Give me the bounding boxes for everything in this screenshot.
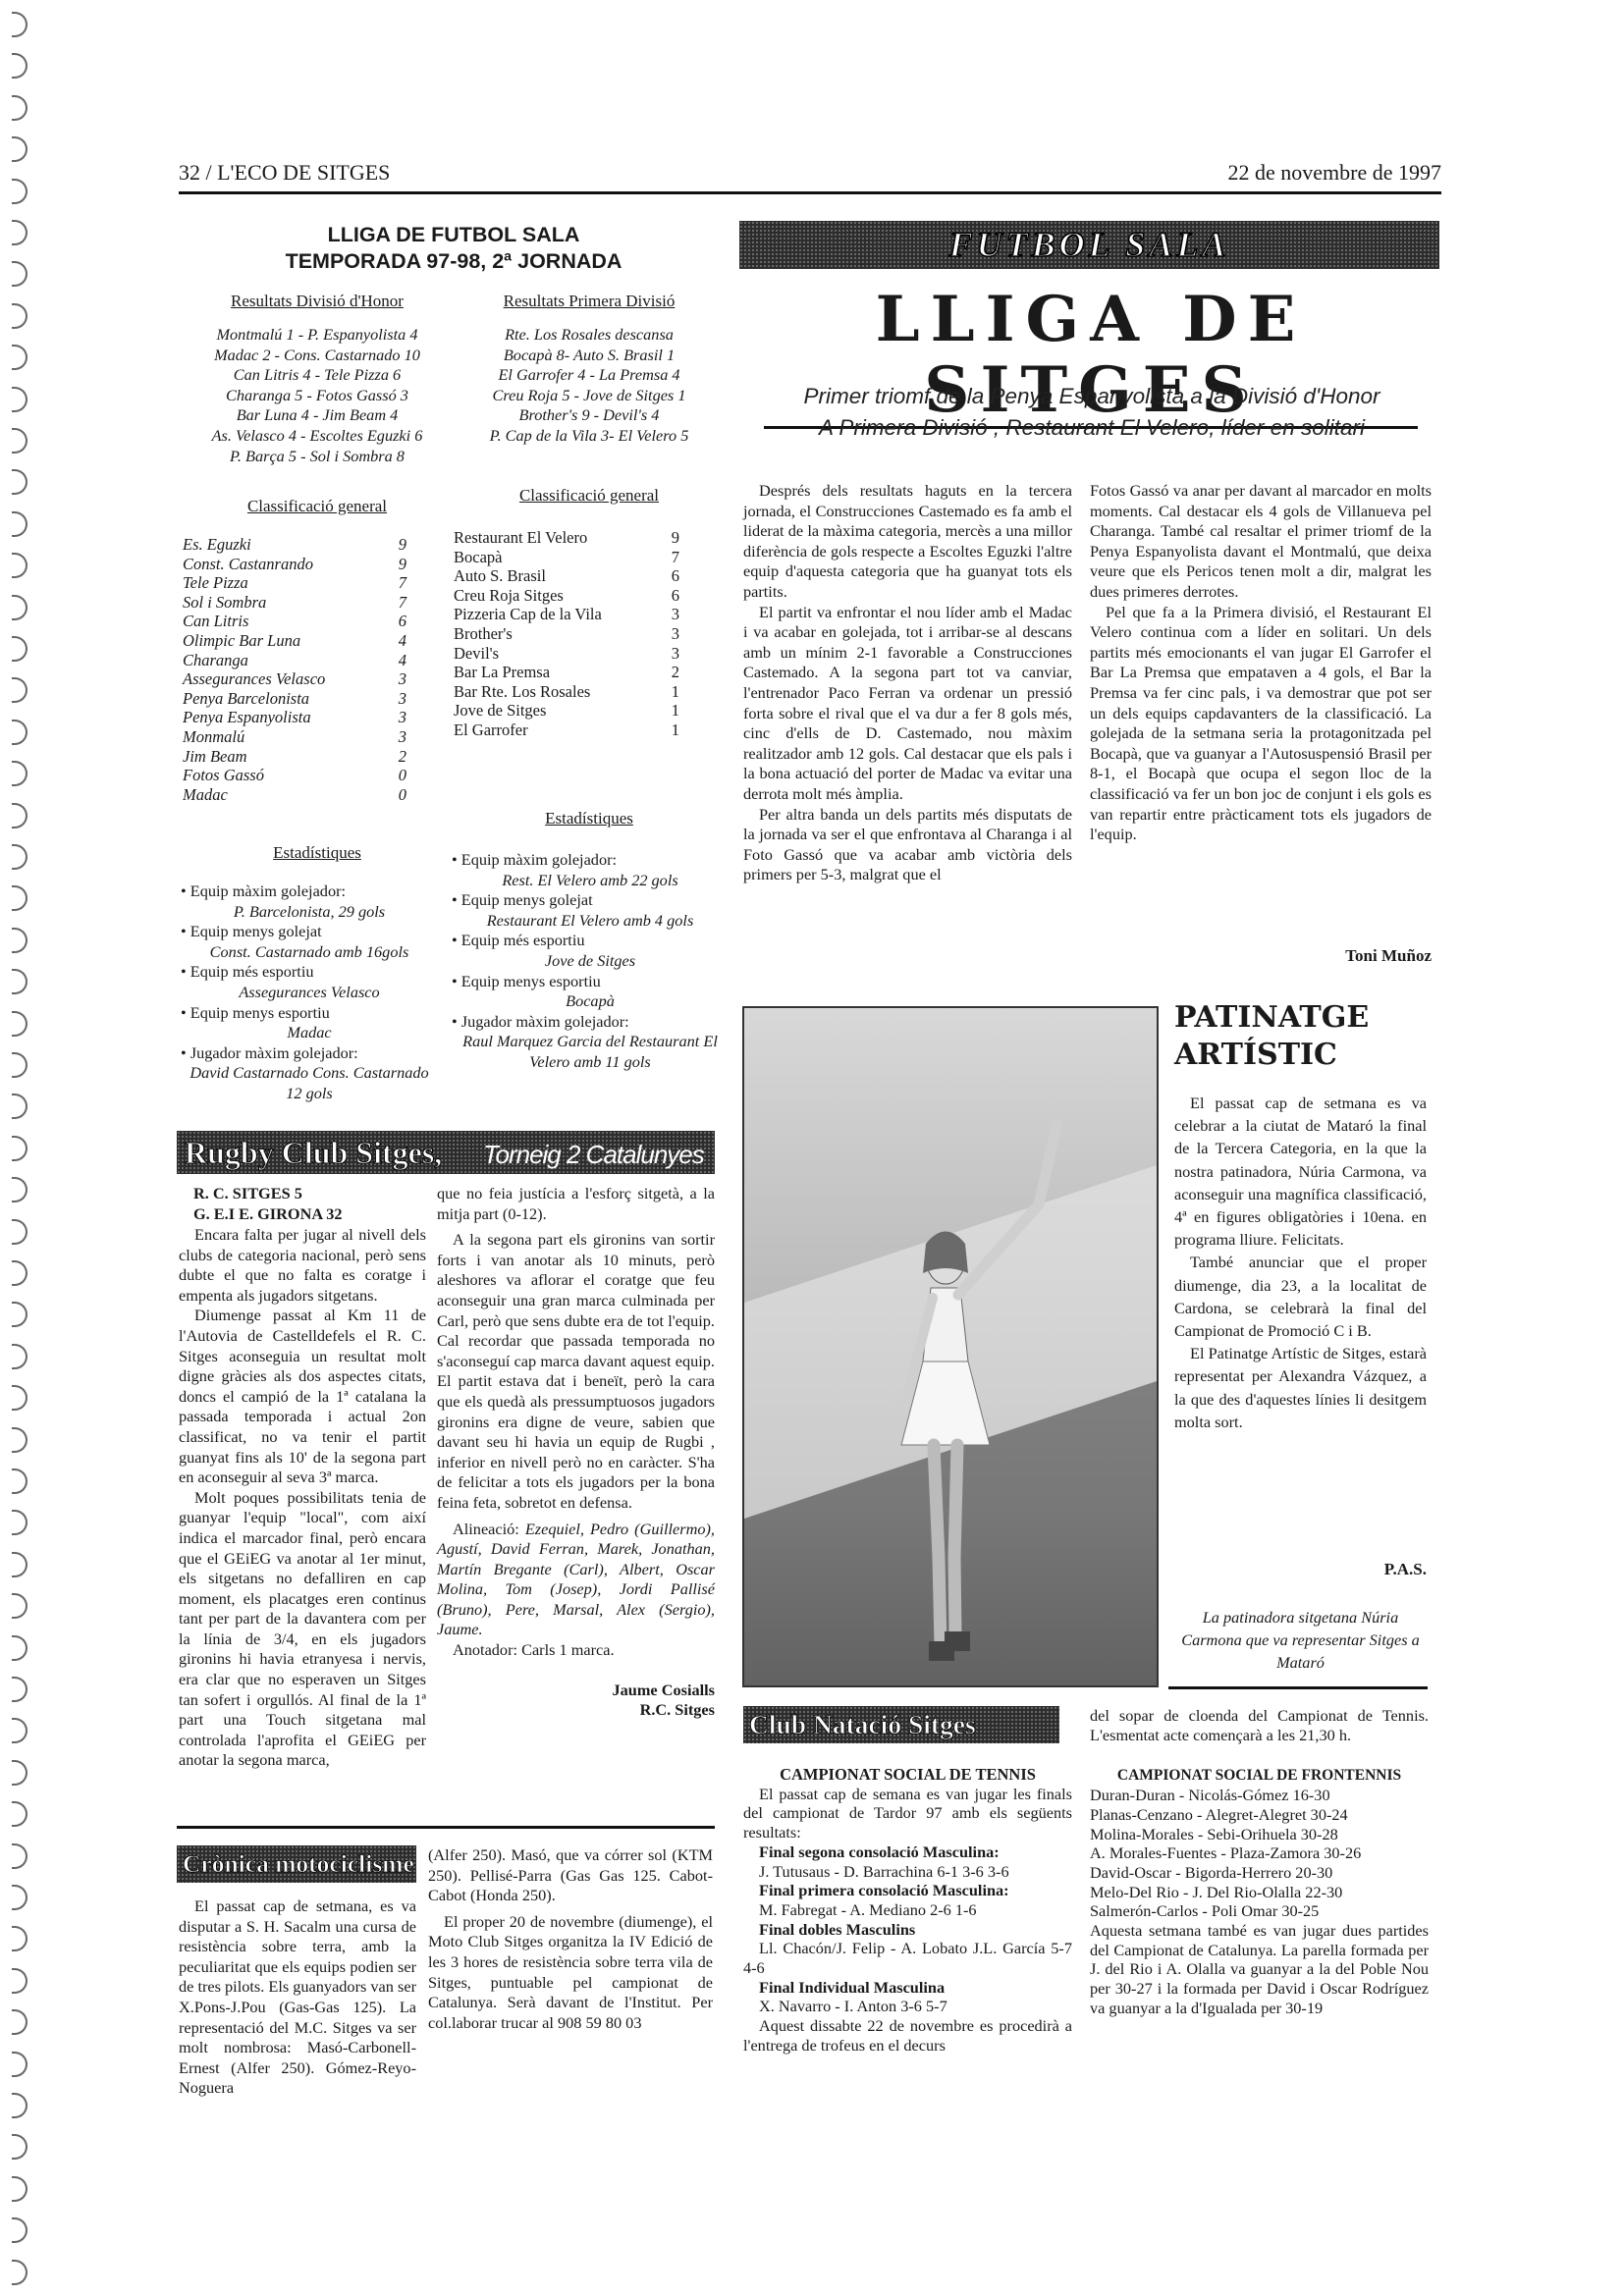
futsal-title-line1: LLIGA DE FUTBOL SALA (179, 222, 729, 248)
binder-hole-icon (12, 303, 27, 329)
paragraph: Encara falta per jugar al nivell dels cl… (179, 1225, 426, 1306)
binder-hole-icon (12, 1885, 27, 1910)
standings-row: Jove de Sitges1 (454, 701, 679, 721)
subhead-line2: A Primera Divisió , Restaurant El Velero… (748, 412, 1435, 444)
team-name: Assegurances Velasco (183, 669, 395, 689)
stat-label: • Jugador màxim golejador: (181, 1043, 438, 1064)
team-name: Devil's (454, 644, 668, 664)
subhead-line1: Primer triomf de la Penya Espanyolista a… (748, 381, 1435, 412)
page-label: 32 / L'ECO DE SITGES (179, 160, 390, 186)
tennis-final-title: Final Individual Masculina (743, 1978, 1072, 1998)
futbol-sala-banner-text: FUTBOL SALA (949, 225, 1230, 264)
tennis-final-title: Final dobles Masculins (743, 1920, 1072, 1940)
tennis-final-result: X. Navarro - I. Anton 3-6 5-7 (743, 1997, 1072, 2016)
skating-author: P.A.S. (1276, 1559, 1427, 1579)
skating-headline: PATINATGE ARTÍSTIC (1174, 999, 1369, 1074)
binder-hole-icon (12, 1094, 27, 1119)
moto-col1: El passat cap de setmana, es va disputar… (179, 1896, 416, 2099)
binder-hole-icon (12, 428, 27, 454)
binder-hole-icon (12, 1219, 27, 1245)
rugby-scorer: Anotador: Carls 1 marca. (437, 1640, 715, 1661)
team-points: 2 (395, 747, 406, 767)
team-points: 0 (395, 785, 406, 805)
primera-standings-heading: Classificació general (447, 485, 731, 506)
futsal-subhead: Primer triomf de la Penya Espanyolista a… (748, 381, 1435, 444)
standings-row: Devil's3 (454, 644, 679, 664)
frontennis-result: Planas-Cenzano - Alegret-Alegret 30-24 (1090, 1805, 1429, 1825)
team-name: Bocapà (454, 548, 668, 567)
team-points: 1 (668, 682, 679, 702)
match-result: El Garrofer 4 - La Premsa 4 (447, 365, 731, 386)
skating-headline-line1: PATINATGE (1174, 999, 1369, 1037)
moto-col2-p2: El proper 20 de novembre (diumenge), el … (428, 1912, 713, 2034)
team-name: Const. Castanrando (183, 555, 395, 574)
team-name: Penya Barcelonista (183, 689, 395, 709)
team-name: Restaurant El Velero (454, 528, 668, 548)
team-name: Jim Beam (183, 747, 395, 767)
paragraph: A la segona part els gironins van sortir… (437, 1230, 715, 1513)
binder-hole-icon (12, 720, 27, 745)
match-result: Bar Luna 4 - Jim Beam 4 (175, 405, 460, 426)
rugby-banner-subtitle: Torneig 2 Catalunyes (483, 1139, 704, 1170)
standings-row: Auto S. Brasil6 (454, 566, 679, 586)
match-result: P. Barça 5 - Sol i Sombra 8 (175, 447, 460, 467)
moto-col2: (Alfer 250). Masó, que va córrer sol (KT… (428, 1845, 713, 2033)
stat-item: • Equip més esportiuJove de Sitges (452, 931, 729, 971)
binder-hole-icon (12, 1052, 27, 1078)
stat-value: Restaurant El Velero amb 4 gols (452, 911, 729, 932)
standings-row: Const. Castanrando9 (183, 555, 406, 574)
moto-banner-title: Crònica motociclisme (183, 1847, 414, 1881)
standings-row: Olimpic Bar Luna4 (183, 631, 406, 651)
swim-club-banner-title: Club Natació Sitges (749, 1707, 976, 1742)
rugby-author-name: Jaume Cosialls (437, 1681, 715, 1701)
team-points: 3 (395, 727, 406, 747)
tennis-closing: Aquest dissabte 22 de novembre es proced… (743, 2016, 1072, 2055)
binder-hole-icon (12, 1468, 27, 1494)
binder-hole-icon (12, 1302, 27, 1327)
binder-hole-icon (12, 220, 27, 245)
section-divider-skating (1168, 1686, 1428, 1689)
standings-row: Fotos Gassó0 (183, 766, 406, 785)
team-name: Penya Espanyolista (183, 708, 395, 727)
tennis-final-title: Final primera consolació Masculina: (743, 1881, 1072, 1900)
binder-hole-icon (12, 511, 27, 537)
stat-item: • Equip menys esportiuBocapà (452, 972, 729, 1012)
team-name: Monmalú (183, 727, 395, 747)
binder-hole-icon (12, 1968, 27, 1994)
team-name: Madac (183, 785, 395, 805)
binder-hole-icon (12, 12, 27, 37)
stat-label: • Jugador màxim golejador: (452, 1012, 729, 1033)
team-points: 1 (668, 701, 679, 721)
stat-label: • Equip menys esportiu (452, 972, 729, 992)
binder-hole-icon (12, 553, 27, 578)
team-name: Can Litris (183, 612, 395, 631)
stat-item: • Equip més esportiuAssegurances Velasco (181, 962, 438, 1002)
photo-caption: La patinadora sitgetana Núria Carmona qu… (1174, 1606, 1427, 1674)
stat-item: • Jugador màxim golejador:Raul Marquez G… (452, 1012, 729, 1073)
team-points: 7 (395, 573, 406, 593)
futsal-article-col2: Fotos Gassó va anar per davant al marcad… (1090, 481, 1432, 845)
tennis-closing-continued: del sopar de cloenda del Campionat de Te… (1090, 1706, 1429, 1744)
skating-article: El passat cap de setmana es va celebrar … (1174, 1092, 1427, 1433)
standings-row: Es. Eguzki9 (183, 535, 406, 555)
stat-item: • Equip màxim golejador:Rest. El Velero … (452, 850, 729, 890)
team-name: El Garrofer (454, 721, 668, 740)
rugby-banner: Rugby Club Sitges, Torneig 2 Catalunyes (177, 1131, 715, 1174)
team-points: 3 (668, 624, 679, 644)
team-points: 7 (668, 548, 679, 567)
paragraph: Molt poques possibilitats tenia de guany… (179, 1488, 426, 1771)
stat-value: Madac (181, 1023, 438, 1043)
team-name: Jove de Sitges (454, 701, 668, 721)
binder-hole-icon (12, 53, 27, 79)
binder-holes (4, 0, 43, 2296)
binder-hole-icon (12, 261, 27, 287)
stat-label: • Equip menys golejat (181, 922, 438, 942)
binder-hole-icon (12, 2217, 27, 2243)
futsal-author: Toni Muñoz (1276, 945, 1432, 966)
swim-col2: del sopar de cloenda del Campionat de Te… (1090, 1706, 1429, 2018)
standings-row: Can Litris6 (183, 612, 406, 631)
team-name: Olimpic Bar Luna (183, 631, 395, 651)
tennis-section: CAMPIONAT SOCIAL DE TENNIS El passat cap… (743, 1765, 1072, 2056)
futbol-sala-banner: FUTBOL SALA (739, 221, 1439, 269)
team-name: Es. Eguzki (183, 535, 395, 555)
section-divider (177, 1826, 715, 1829)
binder-hole-icon (12, 1718, 27, 1743)
rugby-col1: Encara falta per jugar al nivell dels cl… (179, 1225, 426, 1771)
standings-row: Bar Rte. Los Rosales1 (454, 682, 679, 702)
binder-hole-icon (12, 95, 27, 121)
team-name: Brother's (454, 624, 668, 644)
team-points: 0 (395, 766, 406, 785)
binder-hole-icon (12, 1843, 27, 1869)
standings-row: Assegurances Velasco3 (183, 669, 406, 689)
binder-hole-icon (12, 345, 27, 370)
team-points: 3 (395, 708, 406, 727)
binder-hole-icon (12, 1552, 27, 1577)
stat-label: • Equip menys esportiu (181, 1003, 438, 1024)
team-points: 3 (668, 605, 679, 624)
binder-hole-icon (12, 2260, 27, 2285)
standings-row: Charanga4 (183, 651, 406, 670)
team-points: 6 (668, 586, 679, 606)
rugby-author: Jaume Cosialls R.C. Sitges (437, 1681, 715, 1721)
team-name: Creu Roja Sitges (454, 586, 668, 606)
honor-standings-table: Es. Eguzki9Const. Castanrando9Tele Pizza… (183, 535, 406, 804)
frontennis-result: Melo-Del Rio - J. Del Rio-Olalla 22-30 (1090, 1883, 1429, 1902)
stat-label: • Equip més esportiu (452, 931, 729, 951)
stat-value: Raul Marquez Garcia del Restaurant El Ve… (452, 1032, 729, 1072)
match-result: Bocapà 8- Auto S. Brasil 1 (447, 346, 731, 366)
team-name: Tele Pizza (183, 573, 395, 593)
team-name: Auto S. Brasil (454, 566, 668, 586)
binder-hole-icon (12, 1760, 27, 1786)
match-result: Montmalú 1 - P. Espanyolista 4 (175, 325, 460, 346)
tennis-heading: CAMPIONAT SOCIAL DE TENNIS (743, 1765, 1072, 1785)
stat-item: • Equip menys golejatConst. Castarnado a… (181, 922, 438, 962)
binder-hole-icon (12, 1427, 27, 1453)
frontennis-closing: Aquesta setmana també es van jugar dues … (1090, 1921, 1429, 2018)
frontennis-heading: CAMPIONAT SOCIAL DE FRONTENNIS (1090, 1766, 1429, 1786)
binder-hole-icon (12, 1011, 27, 1037)
rugby-lineup: Alineació: Ezequiel, Pedro (Guillermo), … (437, 1520, 715, 1641)
standings-row: Sol i Sombra7 (183, 593, 406, 613)
futsal-article-col1: Després dels resultats haguts en la terc… (743, 481, 1072, 885)
binder-hole-icon (12, 1385, 27, 1411)
binder-hole-icon (12, 1801, 27, 1827)
paragraph: Després dels resultats haguts en la terc… (743, 481, 1072, 603)
team-points: 3 (395, 669, 406, 689)
primera-standings-table: Restaurant El Velero9Bocapà7Auto S. Bras… (454, 528, 679, 740)
team-points: 6 (395, 612, 406, 631)
rugby-author-club: R.C. Sitges (437, 1700, 715, 1721)
standings-row: Jim Beam2 (183, 747, 406, 767)
binder-hole-icon (12, 2009, 27, 2035)
match-result: Rte. Los Rosales descansa (447, 325, 731, 346)
team-name: Charanga (183, 651, 395, 670)
tennis-final-result: M. Fabregat - A. Mediano 2-6 1-6 (743, 1900, 1072, 1920)
binder-hole-icon (12, 595, 27, 620)
frontennis-result: Molina-Morales - Sebi-Orihuela 30-28 (1090, 1825, 1429, 1844)
binder-hole-icon (12, 1344, 27, 1369)
stat-value: Jove de Sitges (452, 951, 729, 972)
paragraph: El Patinatge Artístic de Sitges, estarà … (1174, 1342, 1427, 1433)
rugby-score: R. C. SITGES 5 G. E.I E. GIRONA 32 (193, 1184, 343, 1224)
team-points: 9 (395, 555, 406, 574)
tennis-intro: El passat cap de semana es van jugar les… (743, 1785, 1072, 1842)
team-name: Sol i Sombra (183, 593, 395, 613)
team-points: 6 (668, 566, 679, 586)
tennis-results: Final segona consolació Masculina:J. Tut… (743, 1842, 1072, 2016)
stat-value: P. Barcelonista, 29 gols (181, 902, 438, 923)
binder-hole-icon (12, 179, 27, 204)
paragraph: Per altra banda un dels partits més disp… (743, 805, 1072, 885)
honor-results-list: Montmalú 1 - P. Espanyolista 4Madac 2 - … (175, 325, 460, 466)
team-name: Bar La Premsa (454, 663, 668, 682)
team-points: 9 (668, 528, 679, 548)
primera-division-block: Resultats Primera Divisió Rte. Los Rosal… (447, 291, 731, 447)
stat-item: • Equip menys esportiuMadac (181, 1003, 438, 1043)
tennis-final-result: J. Tutusaus - D. Barrachina 6-1 3-6 3-6 (743, 1862, 1072, 1882)
binder-hole-icon (12, 2176, 27, 2202)
paragraph: També anunciar que el proper diumenge, d… (1174, 1251, 1427, 1342)
binder-hole-icon (12, 885, 27, 911)
standings-row: Monmalú3 (183, 727, 406, 747)
honor-stats-list: • Equip màxim golejador:P. Barcelonista,… (181, 881, 438, 1104)
team-name: Fotos Gassó (183, 766, 395, 785)
binder-hole-icon (12, 1635, 27, 1661)
match-result: P. Cap de la Vila 3- El Velero 5 (447, 426, 731, 447)
rugby-col2: que no feia justícia a l'esforç sitgetà,… (437, 1184, 715, 1721)
binder-hole-icon (12, 636, 27, 662)
standings-row: Pizzeria Cap de la Vila3 (454, 605, 679, 624)
primera-stats-heading: Estadístiques (447, 808, 731, 828)
paragraph: El passat cap de setmana es va celebrar … (1174, 1092, 1427, 1251)
stat-label: • Equip més esportiu (181, 962, 438, 983)
stat-value: Const. Castarnado amb 16gols (181, 942, 438, 963)
binder-hole-icon (12, 2093, 27, 2118)
standings-row: Restaurant El Velero9 (454, 528, 679, 548)
stat-label: • Equip màxim golejador: (452, 850, 729, 871)
standings-row: Creu Roja Sitges6 (454, 586, 679, 606)
standings-row: Brother's3 (454, 624, 679, 644)
moto-banner: Crònica motociclisme (177, 1845, 416, 1883)
binder-hole-icon (12, 1136, 27, 1161)
futsal-results-title: LLIGA DE FUTBOL SALA TEMPORADA 97-98, 2ª… (179, 222, 729, 275)
stat-label: • Equip menys golejat (452, 890, 729, 911)
paragraph: El partit va enfrontar el nou líder amb … (743, 603, 1072, 805)
match-result: Brother's 9 - Devil's 4 (447, 405, 731, 426)
match-result: As. Velasco 4 - Escoltes Eguzki 6 (175, 426, 460, 447)
primera-results-list: Rte. Los Rosales descansaBocapà 8- Auto … (447, 325, 731, 447)
match-result: Charanga 5 - Fotos Gassó 3 (175, 386, 460, 406)
stat-value: Assegurances Velasco (181, 983, 438, 1003)
standings-row: Tele Pizza7 (183, 573, 406, 593)
tennis-final-title: Final segona consolació Masculina: (743, 1842, 1072, 1862)
skating-headline-line2: ARTÍSTIC (1174, 1037, 1369, 1074)
stat-label: • Equip màxim golejador: (181, 881, 438, 902)
team-points: 3 (668, 644, 679, 664)
binder-hole-icon (12, 1260, 27, 1286)
stat-value: Bocapà (452, 991, 729, 1012)
binder-hole-icon (12, 1677, 27, 1702)
rugby-score-home: R. C. SITGES 5 (193, 1184, 343, 1204)
issue-date: 22 de novembre de 1997 (1228, 160, 1442, 186)
skater-photo (742, 1006, 1159, 1687)
tennis-final-result: Ll. Chacón/J. Felip - A. Lobato J.L. Gar… (743, 1939, 1072, 1977)
primera-results-heading: Resultats Primera Divisió (447, 291, 731, 311)
team-points: 1 (668, 721, 679, 740)
standings-row: Penya Espanyolista3 (183, 708, 406, 727)
match-result: Creu Roja 5 - Jove de Sitges 1 (447, 386, 731, 406)
standings-row: El Garrofer1 (454, 721, 679, 740)
paragraph: Pel que fa a la Primera divisió, el Rest… (1090, 603, 1432, 845)
standings-row: Bocapà7 (454, 548, 679, 567)
frontennis-result: Salmerón-Carlos - Poli Omar 30-25 (1090, 1901, 1429, 1921)
rugby-score-away: G. E.I E. GIRONA 32 (193, 1204, 343, 1225)
paragraph: Diumenge passat al Km 11 de l'Autovia de… (179, 1306, 426, 1487)
binder-hole-icon (12, 136, 27, 162)
stat-item: • Equip menys golejatRestaurant El Veler… (452, 890, 729, 931)
binder-hole-icon (12, 1593, 27, 1619)
binder-hole-icon (12, 844, 27, 870)
binder-hole-icon (12, 677, 27, 703)
stat-item: • Equip màxim golejador:P. Barcelonista,… (181, 881, 438, 922)
stat-item: • Jugador màxim golejador:David Castarna… (181, 1043, 438, 1104)
team-points: 4 (395, 631, 406, 651)
team-points: 3 (395, 689, 406, 709)
match-result: Madac 2 - Cons. Castarnado 10 (175, 346, 460, 366)
binder-hole-icon (12, 803, 27, 828)
standings-row: Madac0 (183, 785, 406, 805)
primera-stats-list: • Equip màxim golejador:Rest. El Velero … (452, 850, 729, 1073)
paragraph: que no feia justícia a l'esforç sitgetà,… (437, 1184, 715, 1224)
stat-value: David Castarnado Cons. Castarnado 12 gol… (181, 1063, 438, 1103)
team-name: Bar Rte. Los Rosales (454, 682, 668, 702)
skater-figure-icon (744, 1008, 1157, 1685)
swim-club-banner: Club Natació Sitges (743, 1706, 1059, 1743)
team-points: 2 (668, 663, 679, 682)
paragraph: Fotos Gassó va anar per davant al marcad… (1090, 481, 1432, 603)
honor-division-block: Resultats Divisió d'Honor Montmalú 1 - P… (175, 291, 460, 466)
frontennis-result: Duran-Duran - Nicolás-Gómez 16-30 (1090, 1786, 1429, 1805)
binder-hole-icon (12, 761, 27, 786)
binder-hole-icon (12, 1926, 27, 1951)
frontennis-results: Duran-Duran - Nicolás-Gómez 16-30Planas-… (1090, 1786, 1429, 1921)
team-points: 9 (395, 535, 406, 555)
lineup-label: Alineació: (453, 1520, 519, 1538)
team-points: 7 (395, 593, 406, 613)
futsal-title-line2: TEMPORADA 97-98, 2ª JORNADA (179, 248, 729, 275)
team-points: 4 (395, 651, 406, 670)
binder-hole-icon (12, 2052, 27, 2077)
page-header: 32 / L'ECO DE SITGES 22 de novembre de 1… (179, 160, 1441, 194)
team-name: Pizzeria Cap de la Vila (454, 605, 668, 624)
rugby-banner-title: Rugby Club Sitges, (185, 1133, 442, 1172)
binder-hole-icon (12, 2134, 27, 2160)
match-result: Can Litris 4 - Tele Pizza 6 (175, 365, 460, 386)
binder-hole-icon (12, 387, 27, 412)
standings-row: Bar La Premsa2 (454, 663, 679, 682)
honor-stats-heading: Estadístiques (175, 842, 460, 863)
binder-hole-icon (12, 469, 27, 495)
honor-standings-heading: Classificació general (175, 496, 460, 516)
binder-hole-icon (12, 928, 27, 953)
frontennis-result: David-Oscar - Bigorda-Herrero 20-30 (1090, 1863, 1429, 1883)
binder-hole-icon (12, 969, 27, 994)
moto-col2-p1: (Alfer 250). Masó, que va córrer sol (KT… (428, 1845, 713, 1906)
binder-hole-icon (12, 1510, 27, 1535)
standings-row: Penya Barcelonista3 (183, 689, 406, 709)
stat-value: Rest. El Velero amb 22 gols (452, 871, 729, 891)
honor-results-heading: Resultats Divisió d'Honor (175, 291, 460, 311)
frontennis-result: A. Morales-Fuentes - Plaza-Zamora 30-26 (1090, 1843, 1429, 1863)
binder-hole-icon (12, 1177, 27, 1202)
